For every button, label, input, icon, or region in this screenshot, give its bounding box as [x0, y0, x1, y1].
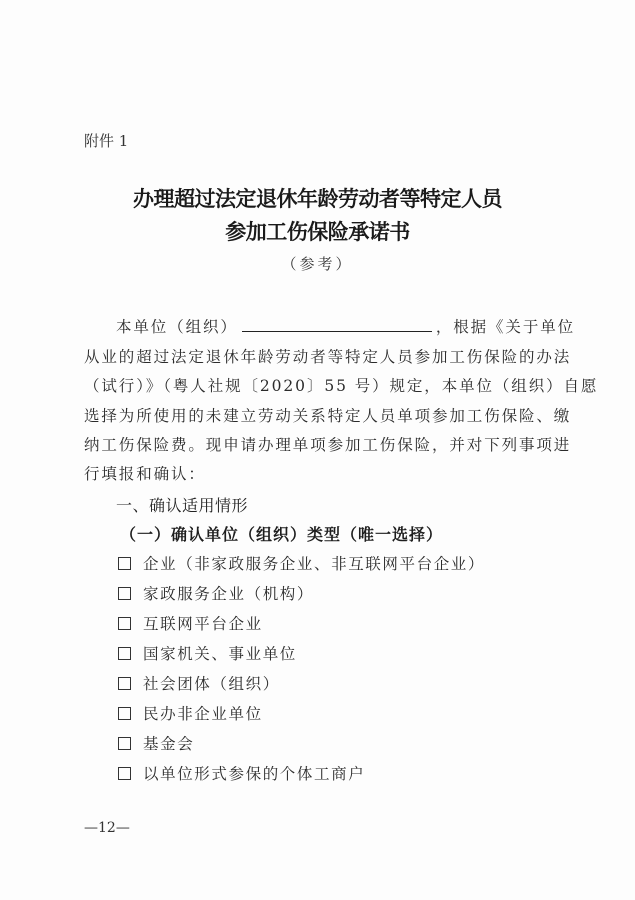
body-paragraph-line4: 选择为所使用的未建立劳动关系特定人员单项参加工伤保险、缴 — [84, 404, 571, 426]
organization-name-blank[interactable] — [242, 317, 432, 332]
option-label: 以单位形式参保的个体工商户 — [143, 762, 365, 784]
section-heading: 一、确认适用情形 — [116, 493, 248, 516]
attachment-label: 附件 1 — [84, 130, 128, 151]
body-paragraph-line5: 纳工伤保险费。现申请办理单项参加工伤保险，并对下列事项进 — [84, 433, 571, 455]
option-label: 民办非企业单位 — [143, 702, 263, 724]
checkbox-icon[interactable] — [118, 707, 131, 720]
document-title-line1: 办理超过法定退休年龄劳动者等特定人员 — [0, 183, 635, 213]
checkbox-icon[interactable] — [118, 617, 131, 630]
option-domestic-service[interactable]: 家政服务企业（机构） — [118, 582, 314, 604]
body-line1-suffix: ，根据《关于单位 — [436, 318, 575, 336]
option-enterprise[interactable]: 企业（非家政服务企业、非互联网平台企业） — [118, 552, 485, 574]
body-paragraph-line1: 本单位（组织），根据《关于单位 — [116, 315, 575, 337]
checkbox-icon[interactable] — [118, 767, 131, 780]
document-subtitle: （参考） — [0, 253, 635, 274]
option-label: 企业（非家政服务企业、非互联网平台企业） — [143, 552, 485, 574]
body-paragraph-line3: （试行）》（粤人社规〔2020〕55 号）规定，本单位（组织）自愿 — [84, 374, 598, 396]
checkbox-icon[interactable] — [118, 587, 131, 600]
checkbox-icon[interactable] — [118, 557, 131, 570]
option-label: 家政服务企业（机构） — [143, 582, 314, 604]
option-private-non-enterprise[interactable]: 民办非企业单位 — [118, 702, 263, 724]
checkbox-icon[interactable] — [118, 647, 131, 660]
option-label: 基金会 — [143, 732, 194, 754]
section-subheading: （一）确认单位（组织）类型（唯一选择） — [120, 522, 443, 545]
body-paragraph-line6: 行填报和确认： — [84, 462, 206, 484]
option-foundation[interactable]: 基金会 — [118, 732, 194, 754]
option-label: 互联网平台企业 — [143, 612, 263, 634]
page-number: —12— — [84, 820, 130, 836]
option-label: 国家机关、事业单位 — [143, 642, 297, 664]
body-line1-prefix: 本单位（组织） — [116, 318, 238, 336]
document-title-line2: 参加工伤保险承诺书 — [0, 216, 635, 246]
checkbox-icon[interactable] — [118, 677, 131, 690]
body-paragraph-line2: 从业的超过法定退休年龄劳动者等特定人员参加工伤保险的办法 — [84, 345, 571, 367]
option-individual-business[interactable]: 以单位形式参保的个体工商户 — [118, 762, 365, 784]
option-social-organization[interactable]: 社会团体（组织） — [118, 672, 280, 694]
option-label: 社会团体（组织） — [143, 672, 280, 694]
option-internet-platform[interactable]: 互联网平台企业 — [118, 612, 263, 634]
checkbox-icon[interactable] — [118, 737, 131, 750]
option-government[interactable]: 国家机关、事业单位 — [118, 642, 297, 664]
